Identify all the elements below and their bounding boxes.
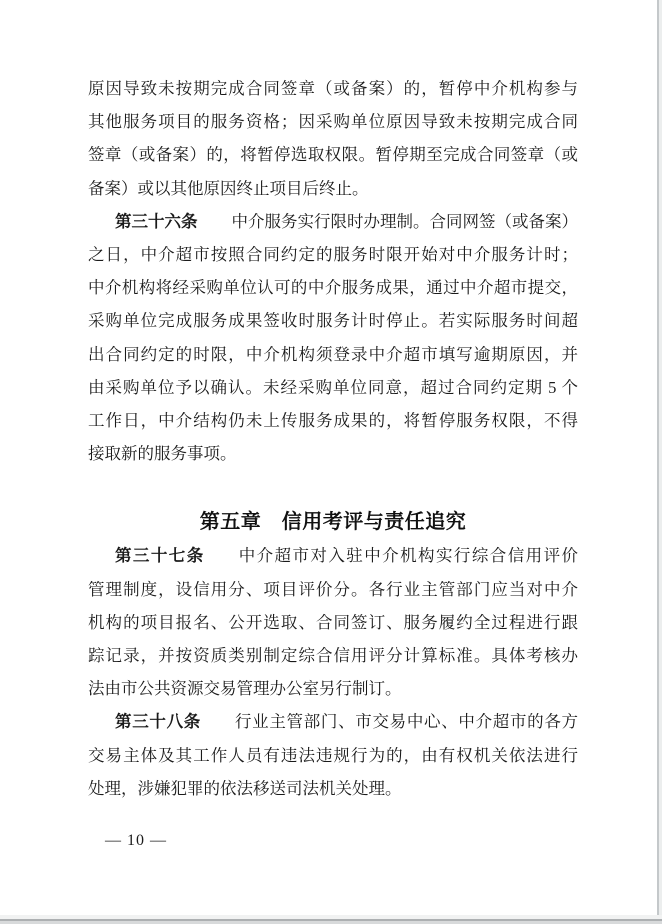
text-line: 踪记录，并按资质类别制定综合信用评分计算标准。具体考核办 — [88, 639, 578, 672]
document-page: 原因导致未按期完成合同签章（或备案）的，暂停中介机构参与其他服务项目的服务资格；… — [0, 0, 662, 924]
line-text: 中介超市对入驻中介机构实行综合信用评价 — [239, 546, 578, 565]
text-line: 管理制度，设信用分、项目评价分。各行业主管部门应当对中介 — [88, 573, 578, 606]
text-line: 出合同约定的时限，中介机构须登录中介超市填写逾期原因，并 — [88, 338, 578, 371]
paragraph-continued: 原因导致未按期完成合同签章（或备案）的，暂停中介机构参与其他服务项目的服务资格；… — [88, 72, 578, 205]
text-line: 交易主体及其工作人员有违法违规行为的，由有权机关依法进行 — [88, 739, 578, 772]
text-line: 备案）或以其他原因终止项目后终止。 — [88, 172, 578, 205]
text-line: 第三十七条中介超市对入驻中介机构实行综合信用评价 — [88, 539, 578, 572]
article-36: 第三十六条中介服务实行限时办理制。合同网签（或备案）之日，中介超市按照合同约定的… — [88, 205, 578, 471]
article-38: 第三十八条行业主管部门、市交易中心、中介超市的各方交易主体及其工作人员有违法违规… — [88, 705, 578, 805]
text-line: 由采购单位予以确认。未经采购单位同意，超过合同约定期 5 个 — [88, 371, 578, 404]
text-line: 第三十八条行业主管部门、市交易中心、中介超市的各方 — [88, 705, 578, 738]
article-number: 第三十八条 — [115, 712, 201, 731]
article-37: 第三十七条中介超市对入驻中介机构实行综合信用评价管理制度，设信用分、项目评价分。… — [88, 539, 578, 705]
article-number: 第三十七条 — [115, 546, 205, 565]
text-line: 机构的项目报名、公开选取、合同签订、服务履约全过程进行跟 — [88, 606, 578, 639]
line-text: 行业主管部门、市交易中心、中介超市的各方 — [235, 712, 578, 731]
text-line: 法由市公共资源交易管理办公室另行制订。 — [88, 672, 578, 705]
page-edge-right — [657, 0, 659, 924]
text-line: 其他服务项目的服务资格；因采购单位原因导致未按期完成合同 — [88, 105, 578, 138]
text-line: 中介机构将经采购单位认可的中介服务成果，通过中介超市提交， — [88, 271, 578, 304]
line-text: 中介服务实行限时办理制。合同网签（或备案） — [232, 212, 579, 231]
text-block: 原因导致未按期完成合同签章（或备案）的，暂停中介机构参与其他服务项目的服务资格；… — [88, 72, 578, 805]
page-number: — 10 — — [105, 831, 167, 851]
text-line: 工作日，中介结构仍未上传服务成果的，将暂停服务权限，不得 — [88, 404, 578, 437]
text-line: 第三十六条中介服务实行限时办理制。合同网签（或备案） — [88, 205, 578, 238]
text-line: 原因导致未按期完成合同签章（或备案）的，暂停中介机构参与 — [88, 72, 578, 105]
text-line: 采购单位完成服务成果签收时服务计时停止。若实际服务时间超 — [88, 304, 578, 337]
text-line: 之日，中介超市按照合同约定的服务时限开始对中介服务计时； — [88, 238, 578, 271]
text-line: 处理，涉嫌犯罪的依法移送司法机关处理。 — [88, 772, 578, 805]
text-line: 签章（或备案）的，将暂停选取权限。暂停期至完成合同签章（或 — [88, 138, 578, 171]
text-line: 接取新的服务事项。 — [88, 437, 578, 470]
article-number: 第三十六条 — [115, 212, 198, 231]
chapter-5-heading: 第五章 信用考评与责任追究 — [88, 506, 578, 539]
